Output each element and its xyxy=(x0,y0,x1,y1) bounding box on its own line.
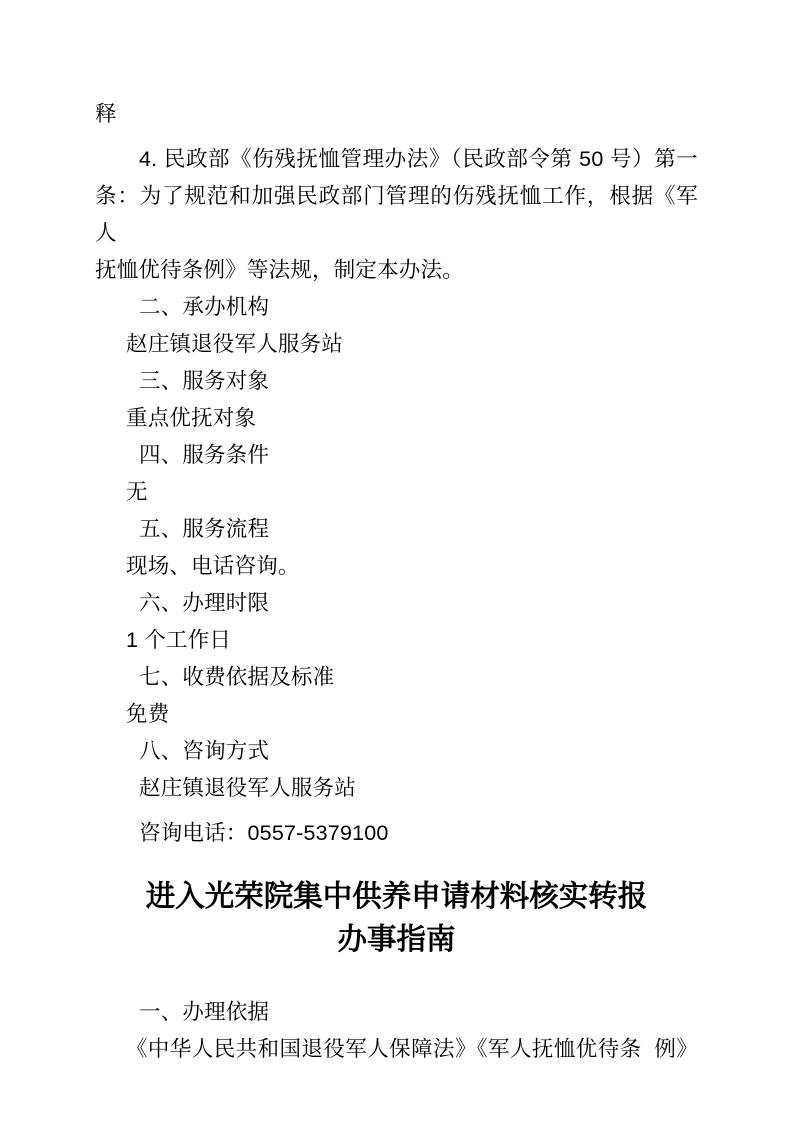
section-5-body: 现场、电话咨询。 xyxy=(95,548,698,585)
prev-page-tail-text: 释 xyxy=(95,96,698,133)
section-7-body: 免费 xyxy=(95,696,698,733)
section-2-body: 赵庄镇退役军人服务站 xyxy=(95,326,698,363)
section-3-heading: 三、服务对象 xyxy=(95,363,698,400)
section-8-body-phone: 咨询电话：0557-5379100 xyxy=(95,815,698,852)
legal-basis-item4-line2: 条：为了规范和加强民政部门管理的伤残抚恤工作，根据《军人 xyxy=(95,178,698,252)
section-3-body: 重点优抚对象 xyxy=(95,400,698,437)
guide2-title-line2: 办事指南 xyxy=(95,918,698,961)
guide2-title-line1: 进入光荣院集中供养申请材料核实转报 xyxy=(95,875,698,918)
document-page: 释 4. 民政部《伤残抚恤管理办法》（民政部令第 50 号）第一 条：为了规范和… xyxy=(0,0,793,1122)
section-4-heading: 四、服务条件 xyxy=(95,437,698,474)
section-2-heading: 二、承办机构 xyxy=(95,289,698,326)
section-6-body: 1 个工作日 xyxy=(95,622,698,659)
guide2-title: 进入光荣院集中供养申请材料核实转报 办事指南 xyxy=(95,875,698,961)
section-7-heading: 七、收费依据及标准 xyxy=(95,659,698,696)
section-5-heading: 五、服务流程 xyxy=(95,511,698,548)
legal-basis-item4-line1: 4. 民政部《伤残抚恤管理办法》（民政部令第 50 号）第一 xyxy=(95,141,698,178)
section-8-body-org: 赵庄镇退役军人服务站 xyxy=(95,770,698,807)
legal-basis-item4-line3: 抚恤优待条例》等法规，制定本办法。 xyxy=(95,252,698,289)
guide2-section-1-heading: 一、办理依据 xyxy=(95,994,698,1031)
guide2-section-1-body: 《中华人民共和国退役军人保障法》《军人抚恤优待条 例》 xyxy=(95,1031,698,1068)
section-4-body: 无 xyxy=(95,474,698,511)
section-6-heading: 六、办理时限 xyxy=(95,585,698,622)
section-8-heading: 八、咨询方式 xyxy=(95,733,698,770)
